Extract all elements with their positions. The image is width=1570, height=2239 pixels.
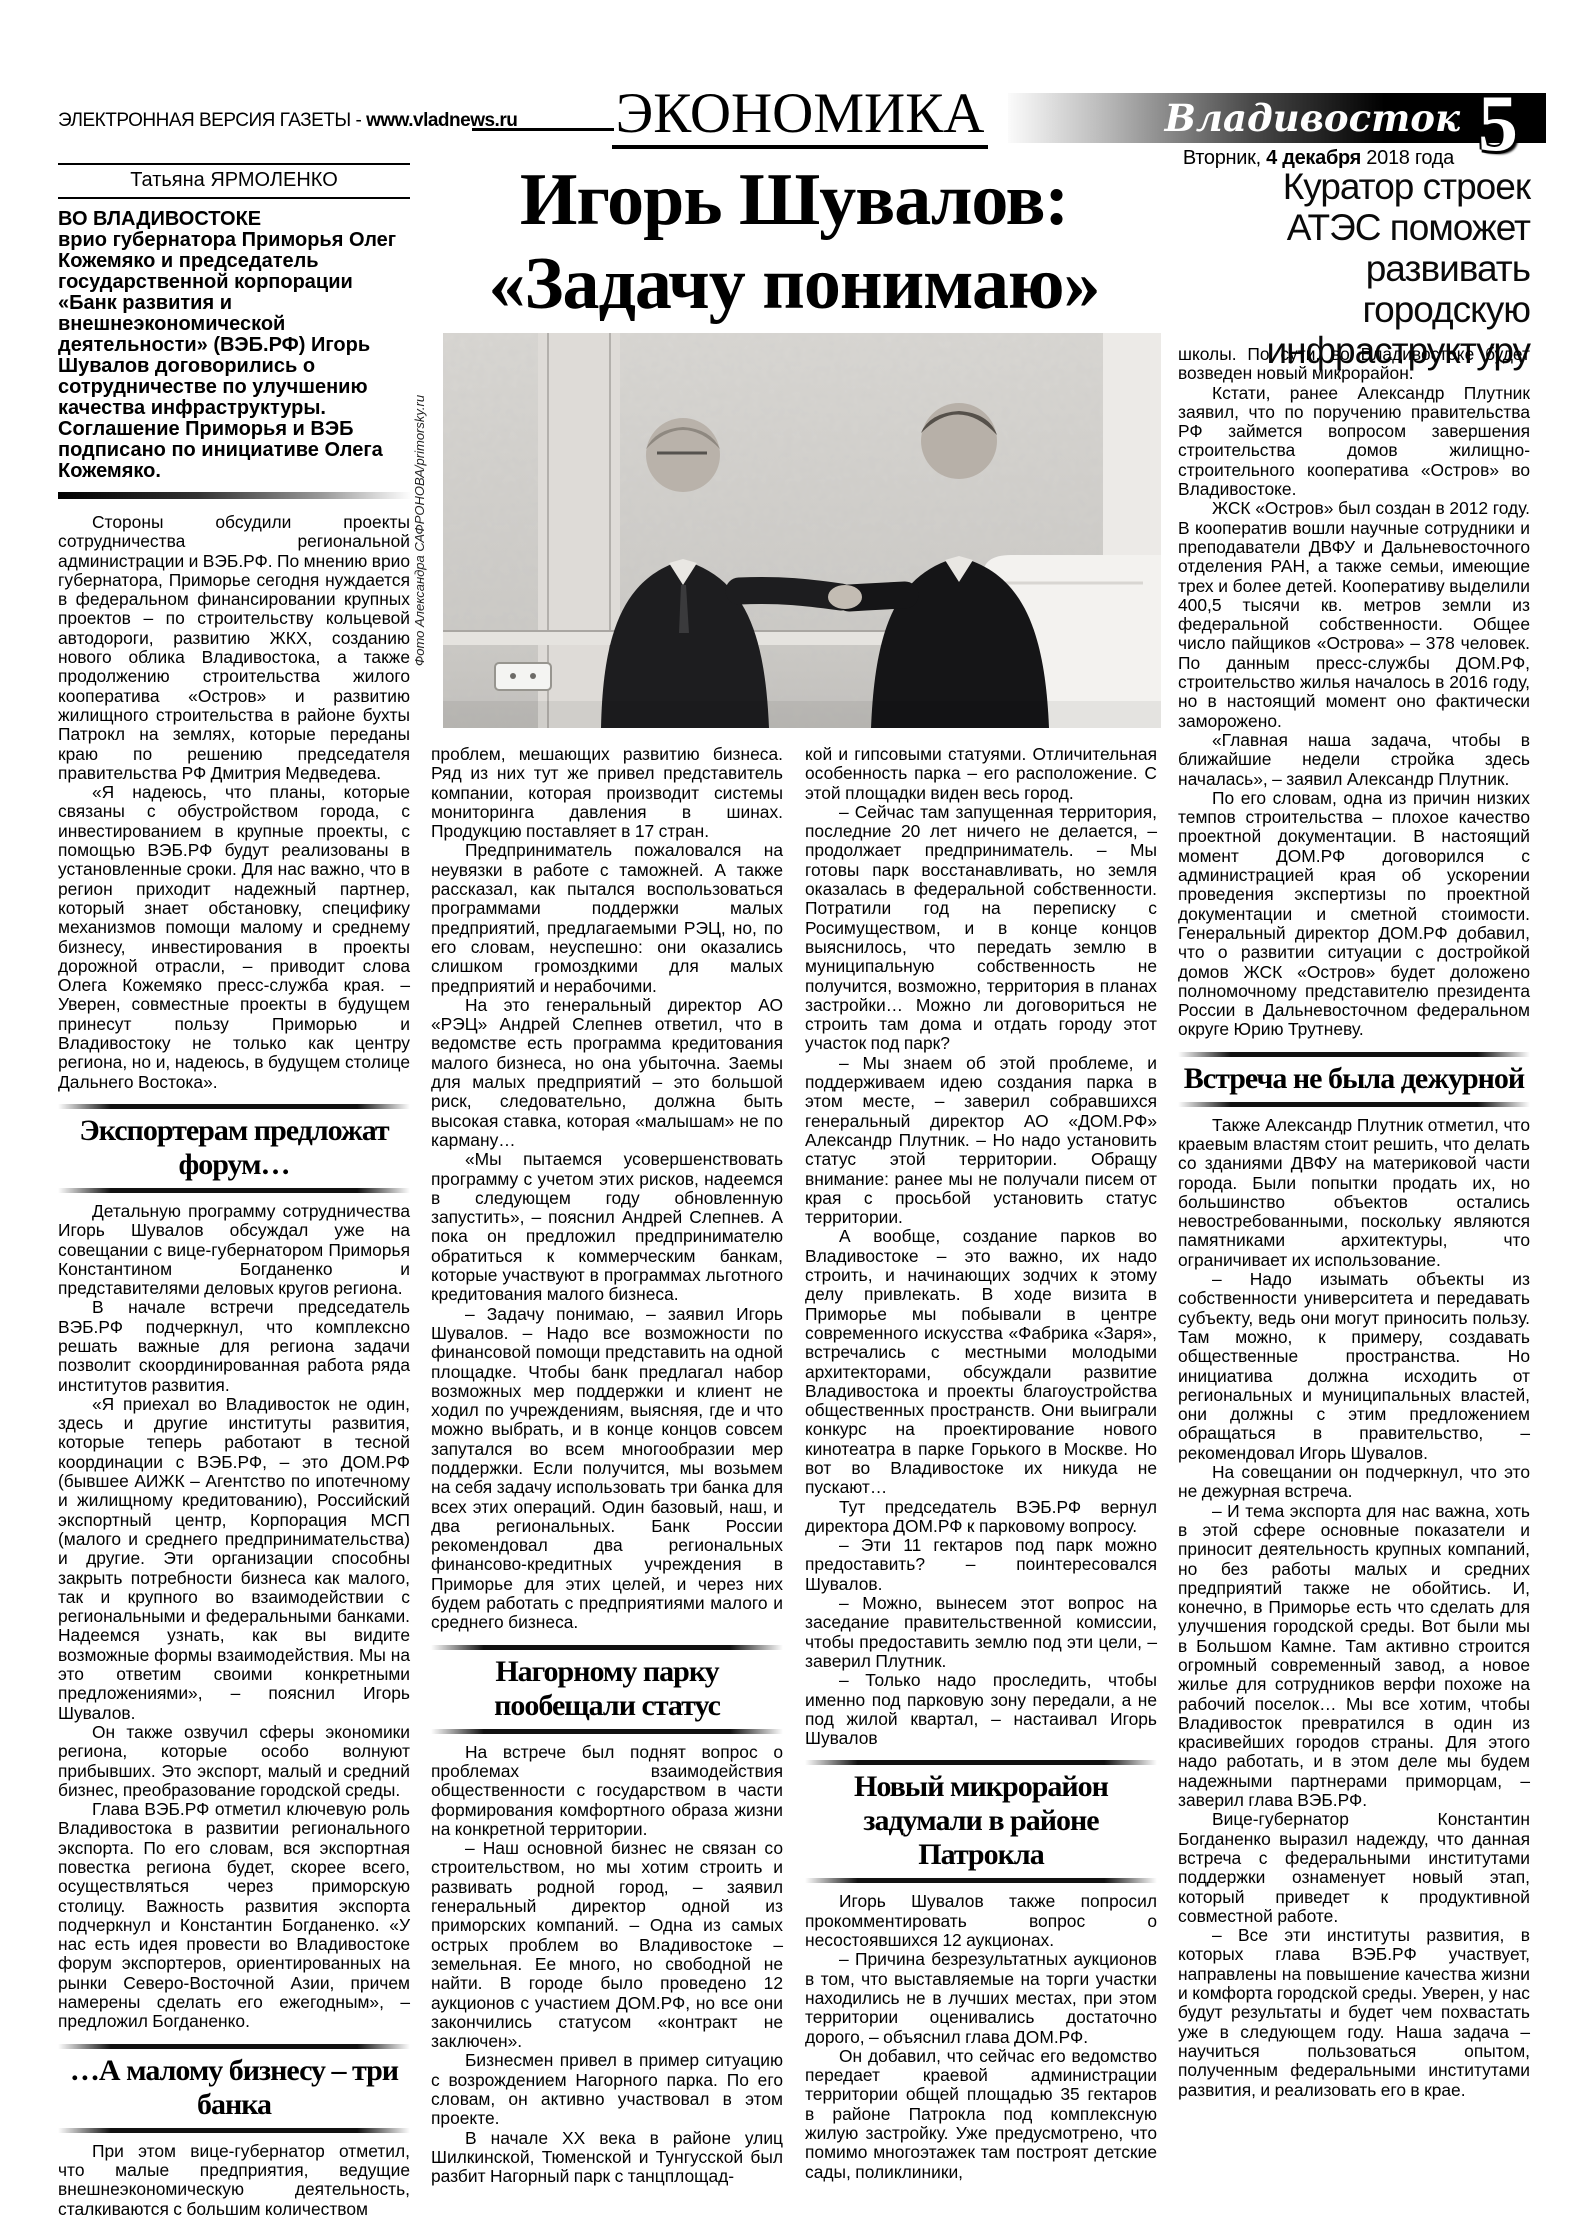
- body-paragraph: По его словам, одна из причин низких тем…: [1178, 789, 1530, 1040]
- section-title-text: ЭКОНОМИКА: [612, 84, 989, 149]
- article-lead: ВО ВЛАДИВОСТОКЕврио губернатора Приморья…: [58, 209, 410, 482]
- subheading-title: Нагорному парку пообещали статус: [431, 1655, 783, 1723]
- lead-kicker: ВО ВЛАДИВОСТОКЕ: [58, 209, 410, 230]
- body-paragraph: – Эти 11 гектаров под парк можно предост…: [805, 1536, 1157, 1594]
- body-paragraph: – Надо изымать объекты из собственности …: [1178, 1270, 1530, 1463]
- main-headline-line1: Игорь Шувалов:: [420, 158, 1168, 242]
- masthead-bar: Владивосток: [1008, 93, 1546, 143]
- masthead-title: Владивосток: [1165, 95, 1460, 141]
- section-title: ЭКОНОМИКА: [600, 84, 1000, 149]
- body-paragraph: Кстати, ранее Александр Плутник заявил, …: [1178, 384, 1530, 500]
- subheading-block: Новый микрорайон задумали в районе Патро…: [805, 1760, 1157, 1883]
- body-paragraph: – Задачу понимаю, – заявил Игорь Шувалов…: [431, 1305, 783, 1633]
- subheading-block: Экспортерам предложат форум…: [58, 1104, 410, 1193]
- body-paragraph: школы. По сути, во Владивостоке будет во…: [1178, 345, 1530, 384]
- side-headline-line: городскую: [1178, 289, 1530, 330]
- subheading-title: Встреча не была дежурной: [1178, 1062, 1530, 1096]
- side-headline: Куратор строекАТЭС поможетразвиватьгород…: [1178, 166, 1530, 371]
- subheading-title: Новый микрорайон задумали в районе Патро…: [805, 1770, 1157, 1872]
- lead-rule: [58, 492, 410, 499]
- body-paragraph: А вообще, создание парков во Владивосток…: [805, 1227, 1157, 1497]
- body-paragraph: Он добавил, что сейчас его ведомство пер…: [805, 2047, 1157, 2182]
- side-headline-line: развивать: [1178, 248, 1530, 289]
- column-1: Татьяна ЯРМОЛЕНКОВО ВЛАДИВОСТОКЕврио губ…: [58, 163, 410, 2219]
- body-paragraph: На совещании он подчеркнул, что это не д…: [1178, 1463, 1530, 1502]
- edition-line: ЭЛЕКТРОННАЯ ВЕРСИЯ ГАЗЕТЫ - www.vladnews…: [58, 110, 517, 132]
- body-paragraph: – Сейчас там запущенная территория, посл…: [805, 803, 1157, 1054]
- article-photo: [443, 333, 1161, 728]
- body-paragraph: «Мы пытаемся усовершенствовать программу…: [431, 1150, 783, 1304]
- header-rule: [472, 128, 614, 131]
- subheading-block: Нагорному парку пообещали статус: [431, 1645, 783, 1734]
- body-paragraph: – Все эти институты развития, в которых …: [1178, 1926, 1530, 2100]
- body-paragraph: Стороны обсудили проекты сотрудничества …: [58, 513, 410, 783]
- subheading-rule-bottom: [58, 2128, 410, 2133]
- body-paragraph: Вице-губернатор Константин Богданенко вы…: [1178, 1810, 1530, 1926]
- body-paragraph: Детальную программу сотрудничества Игорь…: [58, 1202, 410, 1298]
- body-paragraph: В начале ХХ века в районе улиц Шилкинско…: [431, 2129, 783, 2187]
- body-paragraph: Также Александр Плутник отметил, что кра…: [1178, 1116, 1530, 1270]
- body-paragraph: На встрече был поднят вопрос о проблемах…: [431, 1743, 783, 1839]
- subheading-block: Встреча не была дежурной: [1178, 1052, 1530, 1107]
- subheading-rule-top: [431, 1645, 783, 1650]
- subheading-rule-top: [58, 1104, 410, 1109]
- author-box: Татьяна ЯРМОЛЕНКО: [58, 163, 410, 199]
- side-headline-line: АТЭС поможет: [1178, 207, 1530, 248]
- body-paragraph: Игорь Шувалов также попросил прокомменти…: [805, 1892, 1157, 1950]
- body-paragraph: – Мы знаем об этой проблеме, и поддержив…: [805, 1054, 1157, 1228]
- column-3: кой и гипсовыми статуями. Отличительная …: [805, 745, 1157, 2182]
- body-paragraph: Бизнесмен привел в пример ситуацию с воз…: [431, 2051, 783, 2128]
- subheading-rule-bottom: [1178, 1102, 1530, 1107]
- body-paragraph: «Я надеюсь, что планы, которые связаны с…: [58, 783, 410, 1092]
- body-paragraph: кой и гипсовыми статуями. Отличительная …: [805, 745, 1157, 803]
- subheading-rule-top: [58, 2044, 410, 2049]
- subheading-rule-bottom: [805, 1878, 1157, 1883]
- subheading-rule-top: [805, 1760, 1157, 1765]
- photo-illustration: [443, 333, 1161, 728]
- subheading-rule-top: [1178, 1052, 1530, 1057]
- subheading-title: Экспортерам предложат форум…: [58, 1114, 410, 1182]
- subheading-rule-bottom: [431, 1729, 783, 1734]
- body-paragraph: При этом вице-губернатор отметил, что ма…: [58, 2142, 410, 2219]
- body-paragraph: проблем, мешающих развитию бизнеса. Ряд …: [431, 745, 783, 841]
- edition-label: ЭЛЕКТРОННАЯ ВЕРСИЯ ГАЗЕТЫ -: [58, 110, 366, 131]
- body-paragraph: – И тема экспорта для нас важна, хоть в …: [1178, 1502, 1530, 1811]
- body-paragraph: На это генеральный директор АО «РЭЦ» Анд…: [431, 996, 783, 1150]
- subheading-block: …А малому бизнесу – три банка: [58, 2044, 410, 2133]
- body-paragraph: Тут председатель ВЭБ.РФ вернул директора…: [805, 1498, 1157, 1537]
- body-paragraph: ЖСК «Остров» был создан в 2012 году. В к…: [1178, 499, 1530, 731]
- main-headline: Игорь Шувалов: «Задачу понимаю»: [420, 158, 1168, 326]
- author-name: Татьяна ЯРМОЛЕНКО: [130, 169, 338, 191]
- body-paragraph: Предприниматель пожаловался на неувязки …: [431, 841, 783, 995]
- newspaper-page: ЭЛЕКТРОННАЯ ВЕРСИЯ ГАЗЕТЫ - www.vladnews…: [0, 0, 1570, 2239]
- subheading-title: …А малому бизнесу – три банка: [58, 2054, 410, 2122]
- body-paragraph: – Причина безрезультатных аукционов в то…: [805, 1950, 1157, 2046]
- body-paragraph: Он также озвучил сферы экономики региона…: [58, 1723, 410, 1800]
- body-paragraph: Глава ВЭБ.РФ отметил ключевую роль Влади…: [58, 1800, 410, 2032]
- subheading-rule-bottom: [58, 1188, 410, 1193]
- column-4: школы. По сути, во Владивостоке будет во…: [1178, 345, 1530, 2100]
- column-2: проблем, мешающих развитию бизнеса. Ряд …: [431, 745, 783, 2186]
- photo-credit: Фото Александра САФРОНОВА/primorsky.ru: [412, 333, 427, 728]
- page-number: 5: [1478, 84, 1518, 164]
- body-paragraph: «Я приехал во Владивосток не один, здесь…: [58, 1395, 410, 1723]
- main-headline-line2: «Задачу понимаю»: [420, 242, 1168, 326]
- body-paragraph: – Только надо проследить, чтобы именно п…: [805, 1671, 1157, 1748]
- body-paragraph: «Главная наша задача, чтобы в ближайшие …: [1178, 731, 1530, 789]
- side-headline-line: Куратор строек: [1178, 166, 1530, 207]
- body-paragraph: – Наш основной бизнес не связан со строи…: [431, 1839, 783, 2051]
- body-paragraph: – Можно, вынесем этот вопрос на заседани…: [805, 1594, 1157, 1671]
- body-paragraph: В начале встречи председатель ВЭБ.РФ под…: [58, 1298, 410, 1394]
